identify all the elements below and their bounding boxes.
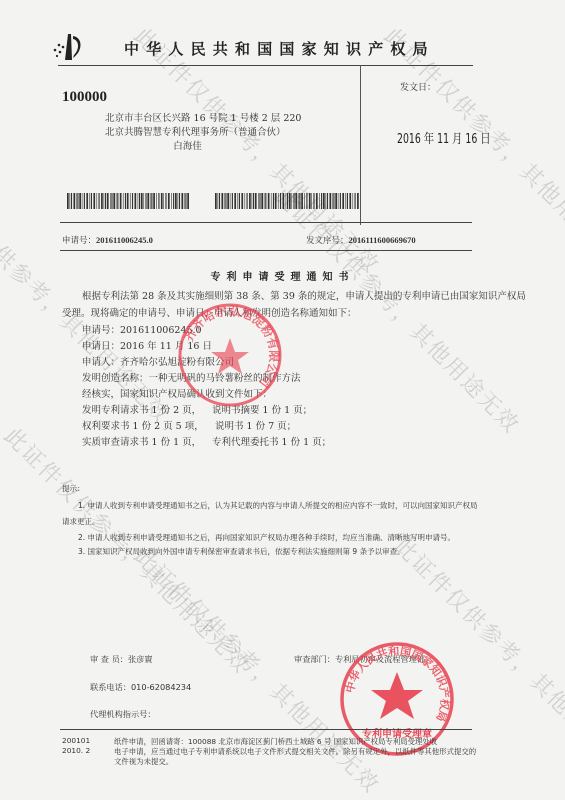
field-verification: 经核实，国家知识产权局确认收到文件如下： [82, 386, 272, 400]
contact-phone: 联系电话：010-62084234 [90, 682, 191, 693]
document-item: 实质审查请求书 1 份 1 页， [82, 434, 201, 448]
examiner: 审 查 员：张彦賨 [90, 654, 153, 665]
document-title: 专利申请受理通知书 [0, 268, 565, 283]
cnipa-logo-icon [50, 30, 88, 62]
field-invention-title: 发明创造名称：一种无明矾的马铃薯粉丝的制作方法 [82, 370, 301, 384]
document-item: 权利要求书 1 份 2 页 5 项， [82, 418, 204, 432]
tip-item: 2. 申请人收到专利申请受理通知书之后，再向国家知识产权局办理各种手续时，均应当… [78, 532, 455, 543]
intro-line-2: 受理。现将确定的申请号、申请日、申请人和发明创造名称通知如下： [62, 305, 357, 319]
tip-item: 1. 申请人收到专利申请受理通知书之后，认为其记载的内容与申请人所提交的相应内容… [78, 500, 478, 511]
serial-number: 发文序号：2016111600669670 [306, 234, 416, 246]
issue-date: 2016 年 11 月 16 日 [397, 128, 491, 147]
footer-line-3: 文件视为未提交。 [114, 756, 173, 767]
document-item: 说明书 1 份 7 页； [215, 418, 296, 432]
tips-label: 提示： [62, 483, 85, 494]
department: 审查部门：专利局初审及流程管理部 [294, 654, 425, 665]
barcode [67, 193, 190, 209]
column-divider [360, 65, 361, 225]
field-application-no: 申请号：201611006245.0 [82, 322, 202, 336]
tip-item: 请求更正。 [62, 516, 100, 527]
intro-line-1: 根据专利法第 28 条及其实施细则第 38 条、第 39 条的规定，申请人提出的… [82, 288, 526, 302]
field-application-date: 申请日：2016 年 11 月 16 日 [82, 338, 212, 352]
divider [60, 222, 472, 223]
form-code: 200101 [62, 736, 90, 745]
divider [60, 250, 472, 251]
document-item: 专利代理委托书 1 份 1 页； [212, 434, 331, 448]
footer-divider [60, 729, 472, 730]
form-version: 2010. 2 [62, 746, 90, 755]
issue-date-label: 发文日： [400, 80, 436, 93]
agency-code-label: 代理机构指示号： [90, 709, 156, 720]
postcode: 100000 [62, 89, 107, 106]
patent-acceptance-notice: 此证件仅供参考，其他用途无效 此证件仅供参考，其他用途无效 此证件仅供参考，其他… [0, 0, 565, 800]
application-number: 申请号：201611006245.0 [62, 234, 153, 246]
address-line-2: 北京共腾智慧专利代理事务所（普通合伙） [105, 124, 270, 138]
header-divider [58, 65, 473, 66]
tip-item: 3. 国家知识产权局收到向外国申请专利保密审查请求书后，依据专利法实施细则第 9… [78, 546, 405, 557]
document-item: 发明专利请求书 1 份 2 页， [82, 402, 201, 416]
agency-name: 中华人民共和国国家知识产权局 [124, 38, 435, 59]
field-applicant: 申请人：齐齐哈尔弘旭淀粉有限公司 [82, 354, 234, 368]
barcode [215, 193, 360, 209]
document-item: 说明书摘要 1 份 1 页； [212, 402, 312, 416]
recipient-name: 白海佳 [105, 138, 270, 152]
address-line-1: 北京市丰台区长兴路 16 号院 1 号楼 2 层 220 [105, 110, 270, 124]
